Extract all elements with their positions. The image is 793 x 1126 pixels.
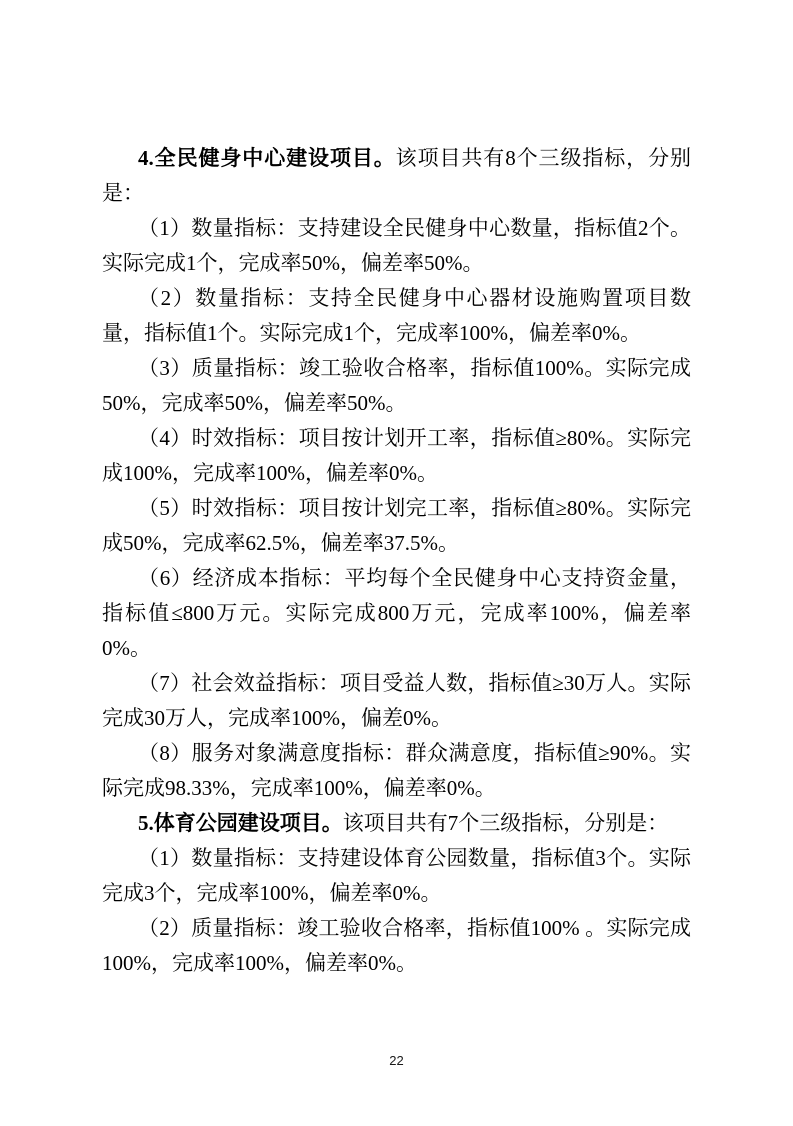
indicator-paragraph: （1）数量指标：支持建设全民健身中心数量，指标值2个。实际完成1个，完成率50%… xyxy=(102,211,691,281)
indicator-paragraph: （2）质量指标：竣工验收合格率，指标值100% 。实际完成100%，完成率100… xyxy=(102,911,691,981)
indicator-paragraph: （1）数量指标：支持建设体育公园数量，指标值3个。实际完成3个，完成率100%，… xyxy=(102,841,691,911)
document-page: 4.全民健身中心建设项目。该项目共有8个三级指标，分别是：（1）数量指标：支持建… xyxy=(0,0,793,1126)
indicator-paragraph: （3）质量指标：竣工验收合格率，指标值100%。实际完成50%，完成率50%，偏… xyxy=(102,351,691,421)
section-paragraph: 5.体育公园建设项目。该项目共有7个三级指标，分别是： xyxy=(102,806,691,841)
indicator-paragraph: （7）社会效益指标：项目受益人数，指标值≥30万人。实际完成30万人，完成率10… xyxy=(102,666,691,736)
page-number: 22 xyxy=(0,1053,793,1068)
indicator-paragraph: （5）时效指标：项目按计划完工率，指标值≥80%。实际完成50%，完成率62.5… xyxy=(102,491,691,561)
indicator-paragraph: （2）数量指标：支持全民健身中心器材设施购置项目数量，指标值1个。实际完成1个，… xyxy=(102,281,691,351)
indicator-paragraph: （4）时效指标：项目按计划开工率，指标值≥80%。实际完成100%，完成率100… xyxy=(102,421,691,491)
document-body: 4.全民健身中心建设项目。该项目共有8个三级指标，分别是：（1）数量指标：支持建… xyxy=(102,141,691,981)
section-heading: 4.全民健身中心建设项目。 xyxy=(138,146,396,170)
section-paragraph: 4.全民健身中心建设项目。该项目共有8个三级指标，分别是： xyxy=(102,141,691,211)
indicator-paragraph: （8）服务对象满意度指标：群众满意度，指标值≥90%。实际完成98.33%，完成… xyxy=(102,736,691,806)
section-heading: 5.体育公园建设项目。 xyxy=(138,811,343,835)
indicator-paragraph: （6）经济成本指标：平均每个全民健身中心支持资金量，指标值≤800万元。实际完成… xyxy=(102,561,691,666)
